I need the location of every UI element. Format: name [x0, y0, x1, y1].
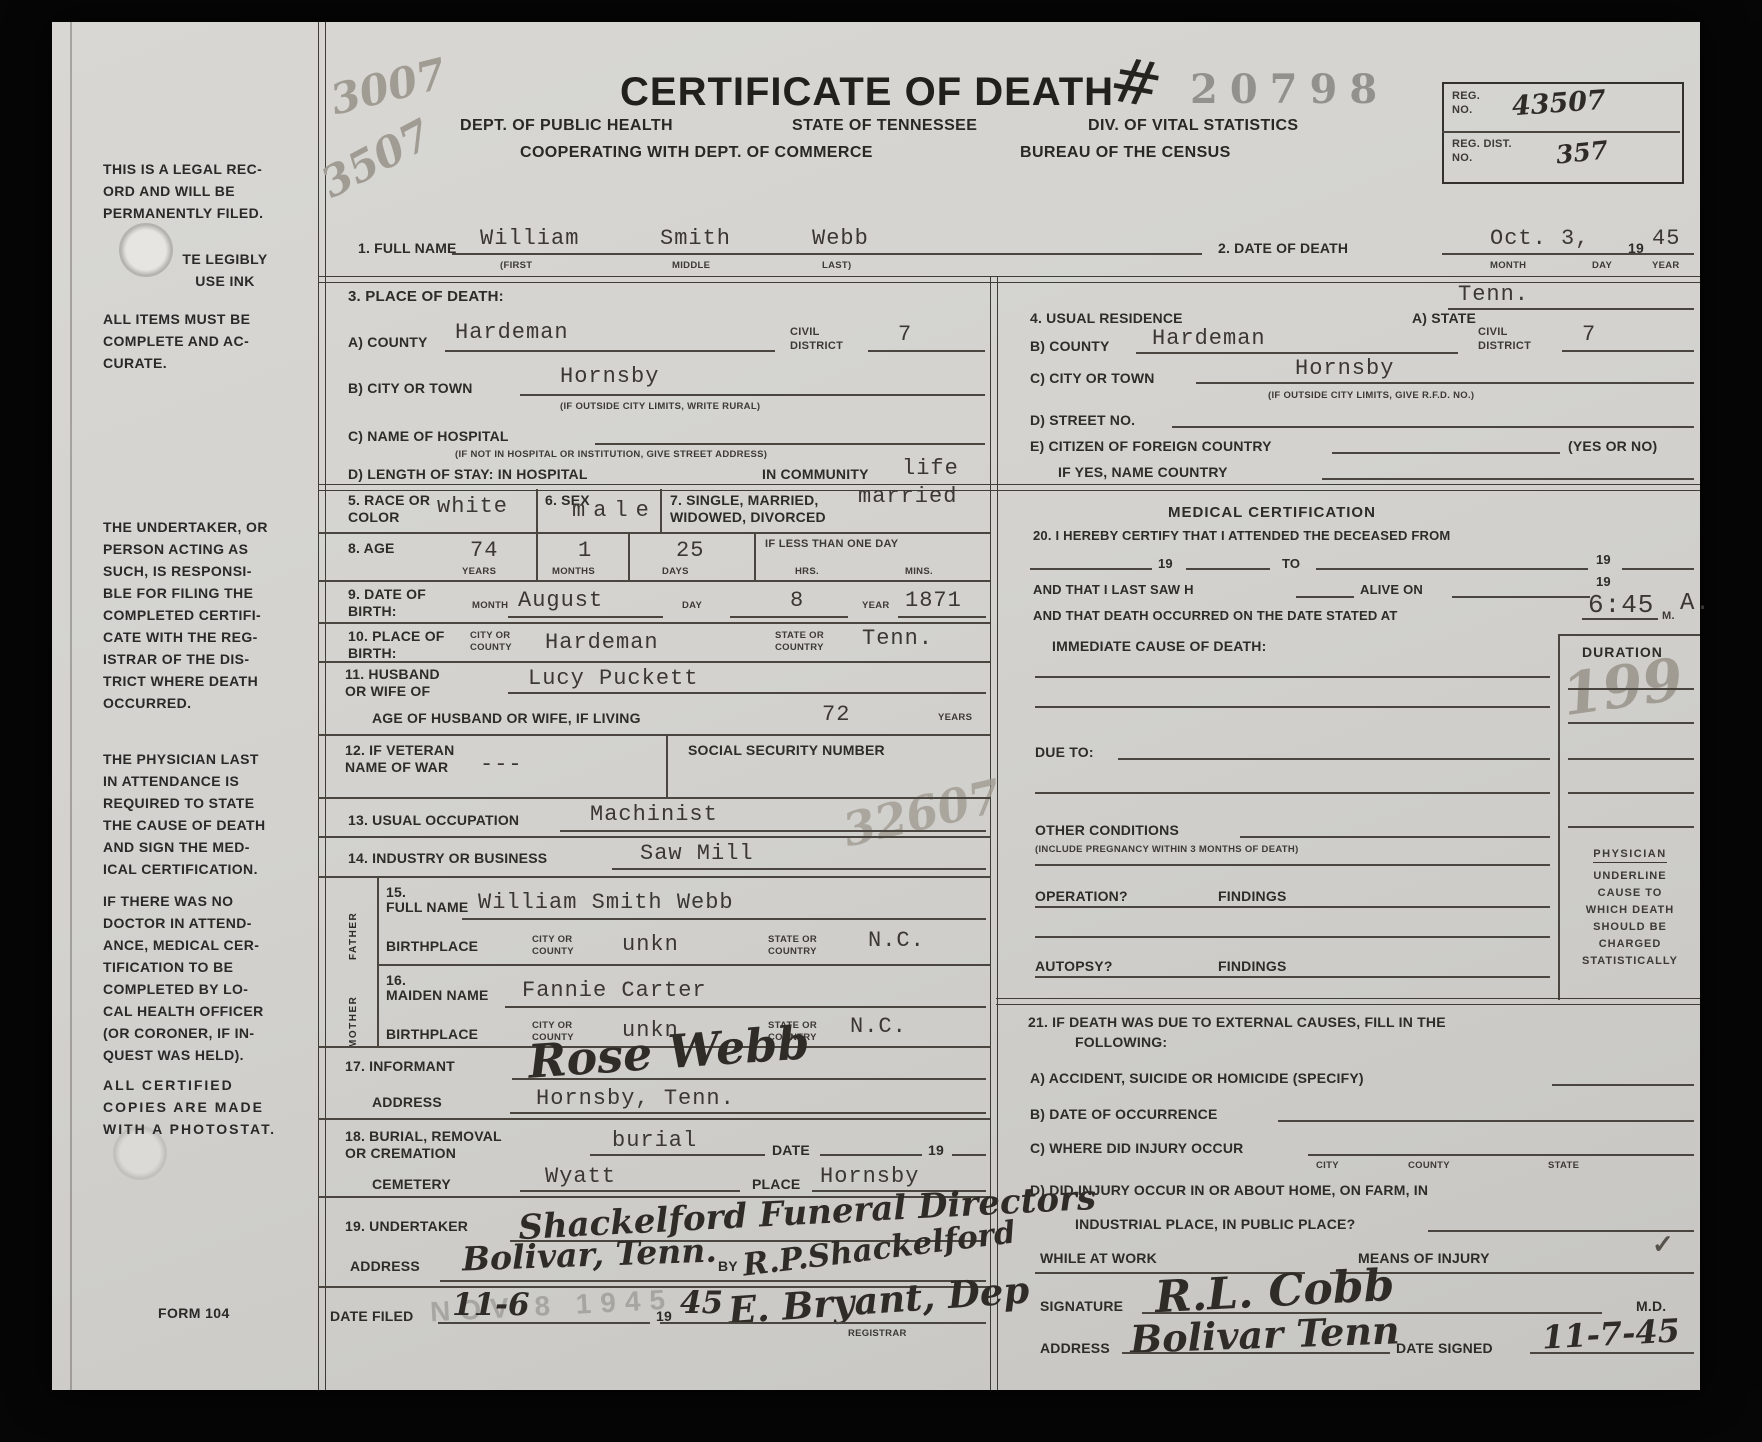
pencil-duration-value: 199 — [1559, 650, 1687, 724]
burial-date-label: DATE — [772, 1142, 810, 1159]
full-name-first: William — [480, 228, 579, 250]
death-date-underline — [1442, 253, 1694, 255]
full-name-underline — [452, 253, 1202, 255]
informant-address-label: ADDRESS — [372, 1094, 442, 1111]
signature-label: SIGNATURE — [1040, 1298, 1123, 1315]
physician-head-text: PHYSICIAN — [1593, 848, 1666, 863]
injury-industrial-label: INDUSTRIAL PLACE, IN PUBLIC PLACE? — [1075, 1216, 1355, 1233]
ul — [520, 1190, 740, 1192]
ul — [508, 616, 663, 618]
residence-city-label: C) CITY OR TOWN — [1030, 370, 1155, 387]
mother-side-label: MOTHER — [348, 976, 359, 1048]
county-value: Hardeman — [455, 322, 569, 344]
residence-heading: 4. USUAL RESIDENCE — [1030, 310, 1183, 327]
date-of-death-value: Oct. 3, — [1490, 228, 1589, 250]
injury-city-sublabel: CITY — [1316, 1160, 1339, 1172]
father-birthplace-city: unkn — [622, 934, 679, 956]
industry-label: 14. INDUSTRY OR BUSINESS — [348, 850, 547, 867]
while-at-work-label: WHILE AT WORK — [1040, 1250, 1157, 1267]
age-months-value: 1 — [578, 540, 592, 562]
ssn-label: SOCIAL SECURITY NUMBER — [688, 742, 885, 759]
time-of-death-value: 6:45 — [1588, 592, 1654, 618]
date-signed-value: 11-7-45 — [1541, 1316, 1680, 1352]
race-label: 5. RACE OR COLOR — [348, 492, 430, 526]
ul — [1196, 382, 1694, 384]
months-sublabel: MONTHS — [552, 566, 595, 578]
burial-label: 18. BURIAL, REMOVAL OR CREMATION — [345, 1128, 502, 1162]
org-dept-public-health: DEPT. OF PUBLIC HEALTH — [460, 118, 673, 134]
cause-line — [1035, 676, 1550, 678]
spouse-underline — [508, 692, 986, 694]
industry-value: Saw Mill — [640, 843, 754, 865]
duration-line — [1568, 688, 1694, 690]
section-rule-2 — [996, 998, 1700, 1005]
ul — [1240, 836, 1550, 838]
race-value: white — [437, 496, 508, 518]
spouse-years-sublabel: YEARS — [938, 712, 972, 724]
mins-sublabel: MINS. — [905, 566, 933, 578]
occurrence-date-label: B) DATE OF OCCURRENCE — [1030, 1106, 1218, 1123]
ul — [512, 1078, 986, 1080]
ul — [1035, 906, 1550, 908]
org-vital-statistics: DIV. OF VITAL STATISTICS — [1088, 118, 1299, 134]
cell-line — [377, 876, 379, 966]
sub-year: YEAR — [1652, 260, 1680, 272]
ul — [1448, 308, 1694, 310]
ul — [898, 616, 986, 618]
father-state-sublabel: STATE OR COUNTRY — [768, 934, 817, 958]
sidebar-note-legal: THIS IS A LEGAL REC- ORD AND WILL BE PER… — [103, 158, 303, 224]
medical-y2: 19 — [1596, 552, 1611, 568]
reg-dist-value: 357 — [1555, 139, 1609, 167]
operation-label: OPERATION? — [1035, 888, 1128, 905]
due-to-label: DUE TO: — [1035, 744, 1094, 761]
in-community-label: IN COMMUNITY — [762, 466, 869, 483]
residence-civil-value: 7 — [1582, 324, 1596, 346]
county-label: A) COUNTY — [348, 334, 428, 351]
medical-line1: 20. I HEREBY CERTIFY THAT I ATTENDED THE… — [1033, 528, 1450, 544]
hospital-underline — [595, 443, 985, 445]
ul — [1552, 1084, 1694, 1086]
day-sublabel: DAY — [682, 600, 702, 612]
birthplace-city-value: Hardeman — [545, 632, 659, 654]
ul — [1296, 596, 1354, 598]
age-years-value: 74 — [470, 540, 498, 562]
ul — [1316, 568, 1588, 570]
hrs-sublabel: HRS. — [795, 566, 819, 578]
date-signed-label: DATE SIGNED — [1396, 1340, 1493, 1357]
reg-box-divider — [1442, 131, 1680, 133]
duration-line — [1568, 792, 1694, 794]
undertaker-by-label: BY — [718, 1258, 738, 1275]
length-of-stay-label: D) LENGTH OF STAY: IN HOSPITAL — [348, 466, 588, 483]
ul — [1582, 618, 1658, 620]
cause-line — [1035, 792, 1550, 794]
injury-state-sublabel: STATE — [1548, 1160, 1579, 1172]
ul — [1172, 426, 1694, 428]
reg-dist-label: REG. DIST. NO. — [1452, 138, 1512, 166]
burial-year-printed: 19 — [928, 1142, 944, 1159]
autopsy-findings-label: FINDINGS — [1218, 958, 1287, 975]
days-sublabel: DAYS — [662, 566, 689, 578]
injury-home-label: D) DID INJURY OCCUR IN OR ABOUT HOME, ON… — [1030, 1182, 1428, 1199]
ul — [660, 1322, 986, 1324]
duration-box-left — [1558, 634, 1560, 1000]
veteran-value: --- — [480, 754, 523, 776]
father-name-label: FULL NAME — [386, 899, 468, 916]
sidebar-note-undertaker: THE UNDERTAKER, OR PERSON ACTING AS SUCH… — [103, 516, 308, 714]
full-name-middle: Smith — [660, 228, 731, 250]
medical-to: TO — [1282, 556, 1300, 572]
sidebar-note-complete: ALL ITEMS MUST BE COMPLETE AND AC- CURAT… — [103, 308, 303, 374]
duration-line — [1568, 758, 1694, 760]
ul — [1278, 1120, 1694, 1122]
ul — [1136, 352, 1458, 354]
ul — [1530, 1352, 1694, 1354]
section-rule-1 — [318, 484, 1700, 491]
ul — [1622, 568, 1694, 570]
hospital-note: (IF NOT IN HOSPITAL OR INSTITUTION, GIVE… — [455, 449, 767, 461]
ul — [1332, 452, 1560, 454]
father-name-value: William Smith Webb — [478, 892, 734, 914]
residence-city-value: Hornsby — [1295, 358, 1394, 380]
cell-line — [377, 966, 379, 1046]
ul — [730, 616, 848, 618]
org-state-tennessee: STATE OF TENNESSEE — [792, 118, 977, 134]
row-rule — [318, 1118, 990, 1120]
m-label: M. — [1662, 610, 1675, 624]
org-census-bureau: BUREAU OF THE CENSUS — [1020, 145, 1231, 161]
other-conditions-label: OTHER CONDITIONS — [1035, 822, 1179, 839]
physician-address-value: Bolivar Tenn — [1129, 1313, 1400, 1357]
cell-line — [754, 532, 756, 580]
ul — [952, 1154, 986, 1156]
injury-where-label: C) WHERE DID INJURY OCCUR — [1030, 1140, 1243, 1157]
month-sublabel: MONTH — [472, 600, 508, 612]
burial-value: burial — [612, 1130, 697, 1152]
ul — [1322, 478, 1694, 480]
ul — [1035, 976, 1550, 978]
marital-label: 7. SINGLE, MARRIED, WIDOWED, DIVORCED — [670, 492, 826, 526]
date-of-birth-label: 9. DATE OF BIRTH: — [348, 586, 426, 620]
ul — [560, 830, 986, 832]
medical-certification-heading: MEDICAL CERTIFICATION — [1168, 504, 1376, 522]
marital-value: married — [858, 486, 957, 508]
full-name-last: Webb — [812, 228, 869, 250]
sidebar-note-legibly: TE LEGIBLY USE INK — [150, 248, 300, 292]
mother-name-value: Fannie Carter — [522, 980, 707, 1002]
ul — [438, 1322, 650, 1324]
ul — [510, 1112, 986, 1114]
cemetery-value: Wyatt — [545, 1166, 616, 1188]
sidebar-note-physician: THE PHYSICIAN LAST IN ATTENDANCE IS REQU… — [103, 748, 308, 880]
residence-state-value: Tenn. — [1458, 284, 1529, 306]
row-rule — [377, 964, 990, 966]
paper-crease — [70, 22, 72, 1390]
ul — [462, 918, 986, 920]
reg-no-value: 43507 — [1511, 89, 1606, 120]
place-of-birth-label: 10. PLACE OF BIRTH: — [348, 628, 445, 662]
death-certificate-scan: 3007 3507 THIS IS A LEGAL REC- ORD AND W… — [0, 0, 1762, 1442]
mother-birthplace-label: BIRTHPLACE — [386, 1026, 478, 1043]
medical-line3: AND THAT DEATH OCCURRED ON THE DATE STAT… — [1033, 608, 1398, 624]
reg-no-label: REG. NO. — [1452, 90, 1480, 118]
citizen-note: (YES OR NO) — [1568, 438, 1657, 455]
full-name-label: 1. FULL NAME — [358, 240, 457, 257]
date-filed-label: DATE FILED — [330, 1308, 413, 1325]
residence-county-label: B) COUNTY — [1030, 338, 1110, 355]
duration-line — [1568, 826, 1694, 828]
cell-line — [536, 532, 538, 580]
cell-line — [536, 489, 538, 532]
county-underline — [445, 350, 775, 352]
sidebar-note-no-doctor: IF THERE WAS NO DOCTOR IN ATTEND- ANCE, … — [103, 890, 308, 1066]
operation-findings-label: FINDINGS — [1218, 888, 1287, 905]
less-than-one-day-label: IF LESS THAN ONE DAY — [765, 538, 898, 552]
city-underline — [520, 394, 985, 396]
pencil-checkmark: ✓ — [1652, 1232, 1674, 1258]
residence-county-value: Hardeman — [1152, 328, 1266, 350]
in-community-value: life — [902, 458, 959, 480]
registrar-label: REGISTRAR — [848, 1328, 907, 1340]
civil-district-label: CIVIL DISTRICT — [790, 326, 843, 354]
org-dept-commerce: COOPERATING WITH DEPT. OF COMMERCE — [520, 145, 873, 161]
sidebar-divider — [318, 22, 326, 1390]
undertaker-address-label: ADDRESS — [350, 1258, 420, 1275]
physician-note: UNDERLINE CAUSE TO WHICH DEATH SHOULD BE… — [1562, 868, 1698, 970]
sex-value: male — [572, 500, 657, 522]
ul — [505, 1006, 986, 1008]
state-or-country-sublabel: STATE OR COUNTRY — [775, 630, 824, 654]
accident-label: A) ACCIDENT, SUICIDE OR HOMICIDE (SPECIF… — [1030, 1070, 1364, 1087]
sub-last: LAST) — [822, 260, 851, 272]
year-sublabel: YEAR — [862, 600, 890, 612]
medical-y3: 19 — [1596, 574, 1611, 590]
ul — [1118, 758, 1550, 760]
residence-civil-label: CIVIL DISTRICT — [1478, 326, 1531, 354]
sub-day: DAY — [1592, 260, 1612, 272]
ul — [1122, 1352, 1390, 1354]
rule — [1035, 864, 1550, 866]
father-side-label: FATHER — [348, 888, 359, 960]
row-rule — [318, 876, 990, 878]
age-days-value: 25 — [676, 540, 704, 562]
mother-birthplace-state: N.C. — [850, 1016, 907, 1038]
date-of-death-label: 2. DATE OF DEATH — [1218, 240, 1348, 257]
burial-place-value: Hornsby — [820, 1166, 919, 1188]
ul — [1452, 596, 1590, 598]
row-rule — [318, 532, 990, 534]
residence-state-label: A) STATE — [1412, 310, 1476, 327]
medical-line2a: AND THAT I LAST SAW H — [1033, 582, 1194, 598]
birth-year-value: 1871 — [905, 590, 962, 612]
street-no-label: D) STREET NO. — [1030, 412, 1135, 429]
occupation-label: 13. USUAL OCCUPATION — [348, 812, 519, 829]
cause-line — [1035, 706, 1550, 708]
city-or-county-sublabel: CITY OR COUNTY — [470, 630, 512, 654]
other-conditions-note: (INCLUDE PREGNANCY WITHIN 3 MONTHS OF DE… — [1035, 844, 1299, 856]
row-rule — [318, 661, 990, 663]
sub-middle: MIDDLE — [672, 260, 710, 272]
burial-place-label: PLACE — [752, 1176, 800, 1193]
cemetery-label: CEMETERY — [372, 1176, 451, 1193]
filed-year-script: 45 — [680, 1290, 723, 1318]
duration-box-top — [1558, 634, 1700, 636]
spouse-age-label: AGE OF HUSBAND OR WIFE, IF LIVING — [372, 710, 641, 727]
spouse-age-value: 72 — [822, 704, 850, 726]
row-rule — [318, 797, 990, 799]
handwritten-number-sign: # — [1105, 48, 1167, 118]
duration-line — [1568, 722, 1694, 724]
mother-name-label: MAIDEN NAME — [386, 987, 489, 1004]
husband-or-wife-label: 11. HUSBAND OR WIFE OF — [345, 666, 440, 700]
informant-address-value: Hornsby, Tenn. — [536, 1088, 735, 1110]
age-label: 8. AGE — [348, 540, 395, 557]
father-birthplace-label: BIRTHPLACE — [386, 938, 478, 955]
row-rule — [318, 622, 990, 624]
rule — [1035, 936, 1550, 938]
stamped-certificate-number: 20798 — [1190, 70, 1389, 110]
ul — [612, 868, 986, 870]
signature-address-label: ADDRESS — [1040, 1340, 1110, 1357]
external-heading: 21. IF DEATH WAS DUE TO EXTERNAL CAUSES,… — [1028, 1014, 1446, 1031]
city-label: B) CITY OR TOWN — [348, 380, 473, 397]
row-rule — [318, 734, 990, 736]
birth-day-value: 8 — [790, 590, 804, 612]
if-yes-label: IF YES, NAME COUNTRY — [1058, 464, 1228, 481]
undertaker-address-value: Bolivar, Tenn. — [462, 1236, 718, 1275]
date-filed-value: 11-6 — [452, 1292, 530, 1320]
sub-month: MONTH — [1490, 260, 1526, 272]
city-note: (IF OUTSIDE CITY LIMITS, WRITE RURAL) — [560, 401, 760, 413]
ul — [1562, 350, 1694, 352]
city-value: Hornsby — [560, 366, 659, 388]
death-year-typed: 45 — [1652, 228, 1680, 250]
civil-district-value: 7 — [898, 324, 912, 346]
years-sublabel: YEARS — [462, 566, 496, 578]
medical-line2b: ALIVE ON — [1360, 582, 1423, 598]
undertaker-label: 19. UNDERTAKER — [345, 1218, 468, 1235]
cell-line — [628, 532, 630, 580]
am-pm-value: A. — [1680, 592, 1711, 616]
row-rule — [318, 580, 990, 582]
informant-label: 17. INFORMANT — [345, 1058, 455, 1075]
veteran-label: 12. IF VETERAN NAME OF WAR — [345, 742, 454, 776]
ul — [590, 1154, 765, 1156]
sidebar-note-photostat: ALL CERTIFIED COPIES ARE MADE WITH A PHO… — [103, 1074, 313, 1140]
father-birthplace-state: N.C. — [868, 930, 925, 952]
certificate-title: CERTIFICATE OF DEATH — [620, 72, 1114, 112]
ul — [1186, 568, 1270, 570]
cell-line — [666, 734, 668, 798]
cell-line — [660, 489, 662, 532]
injury-county-sublabel: COUNTY — [1408, 1160, 1450, 1172]
row-rule — [318, 836, 990, 838]
external-heading2: FOLLOWING: — [1075, 1034, 1167, 1051]
spouse-name-value: Lucy Puckett — [528, 668, 698, 690]
birth-month-value: August — [518, 590, 603, 612]
residence-city-note: (IF OUTSIDE CITY LIMITS, GIVE R.F.D. NO.… — [1268, 390, 1474, 402]
birthplace-state-value: Tenn. — [862, 628, 933, 650]
ul — [820, 1154, 922, 1156]
form-number: FORM 104 — [158, 1302, 230, 1324]
physician-head: PHYSICIAN — [1562, 848, 1698, 862]
ul — [1308, 1154, 1694, 1156]
hospital-label: C) NAME OF HOSPITAL — [348, 428, 509, 445]
sub-first: (FIRST — [500, 260, 532, 272]
ul — [1030, 568, 1152, 570]
civil-district-underline — [868, 350, 985, 352]
immediate-cause-label: IMMEDIATE CAUSE OF DEATH: — [1052, 638, 1266, 655]
place-of-death-heading: 3. PLACE OF DEATH: — [348, 288, 504, 306]
father-city-sublabel: CITY OR COUNTY — [532, 934, 574, 958]
autopsy-label: AUTOPSY? — [1035, 958, 1113, 975]
occupation-value: Machinist — [590, 804, 718, 826]
medical-y1: 19 — [1158, 556, 1173, 572]
citizen-label: E) CITIZEN OF FOREIGN COUNTRY — [1030, 438, 1272, 455]
